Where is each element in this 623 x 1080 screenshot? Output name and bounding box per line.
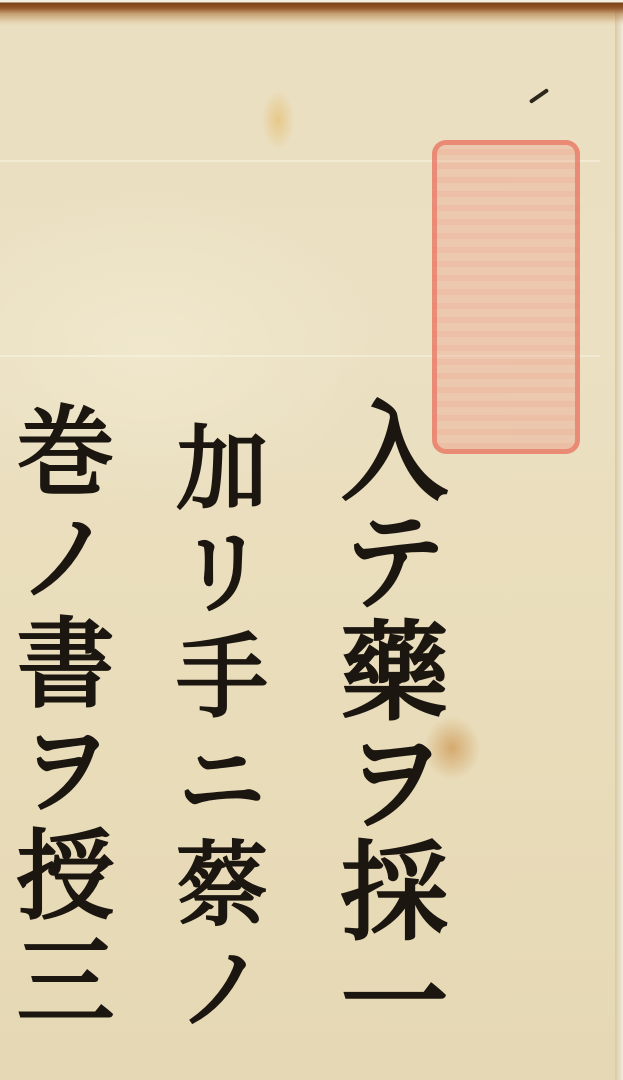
text-column-right: 入テ藥ヲ採一: [320, 395, 450, 1055]
text-column-left: 巻ノ書ヲ授三: [0, 400, 115, 1036]
seal-faded-inscription: [447, 155, 565, 439]
text-column-middle: 加リ手ニ蔡ノ: [160, 420, 270, 1044]
red-seal-stamp: [432, 140, 580, 454]
paper-top-edge-damage: [0, 0, 623, 26]
top-right-brush-mark: [522, 82, 552, 112]
paper-right-edge: [615, 0, 623, 1080]
